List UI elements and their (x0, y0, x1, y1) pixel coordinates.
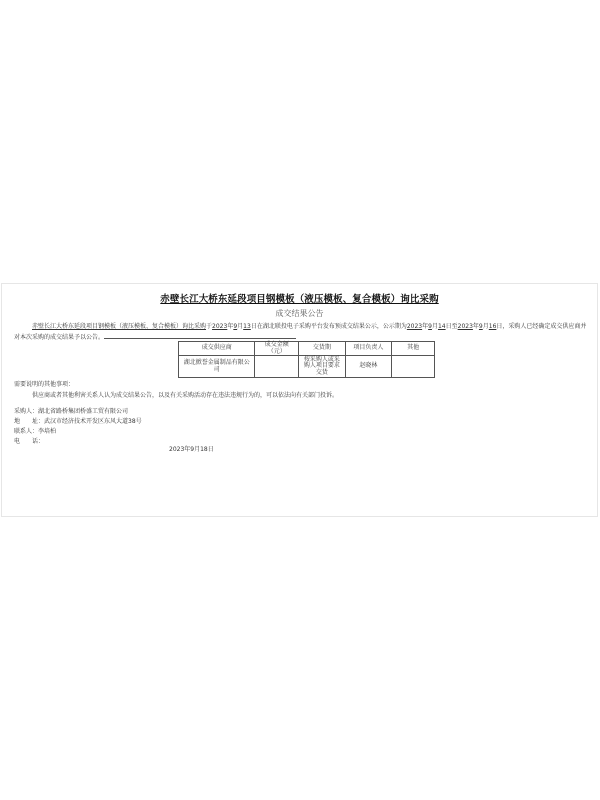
contact-person-value: 李培柏 (38, 428, 56, 435)
intro-paragraph: 赤壁长江大桥东延段项目钢模板（液压模板、复合模板）询比采购于2023年9月13日… (14, 321, 591, 343)
cell-other (392, 356, 435, 378)
address-value: 武汉市经济技术开发区东风大道38号 (44, 418, 142, 425)
notes-body: 供应商或者其他利害关系人认为成交结果公告，以及有关采购活动存在违法违规行为的，可… (14, 390, 338, 401)
publish-year: 2023 (212, 323, 227, 330)
document-subtitle: 成交结果公告 (2, 308, 597, 319)
table-row: 湖北掀誉金属制品有限公司 按采购人或采购人项目要求交货 赵晓林 (179, 356, 435, 378)
notes-heading: 需要说明的其他事项： (14, 379, 338, 390)
header-supplier: 成交供应商 (179, 342, 255, 356)
cell-amount (255, 356, 299, 378)
notes-section: 需要说明的其他事项： 供应商或者其他利害关系人认为成交结果公告，以及有关采购活动… (14, 379, 338, 401)
announcement-document: 赤壁长江大桥东延段项目钢模板（液压模板、复合模板）询比采购 成交结果公告 赤壁长… (1, 283, 598, 517)
document-title: 赤壁长江大桥东延段项目钢模板（液压模板、复合模板）询比采购 (2, 291, 597, 305)
header-delivery: 交货期 (299, 342, 346, 356)
cell-delivery: 按采购人或采购人项目要求交货 (299, 356, 346, 378)
publish-day: 13 (243, 323, 251, 330)
header-amount: 成交金额（元） (255, 342, 299, 356)
contact-section: 采购人：湖北省路桥集团桥盛工贸有限公司 地 址：武汉市经济技术开发区东风大道38… (14, 407, 142, 447)
header-project-lead: 项目负责人 (345, 342, 392, 356)
address-label: 地 址： (14, 418, 44, 425)
phone-label: 电 话： (14, 438, 44, 445)
announcement-date: 2023年9月18日 (169, 444, 214, 453)
start-year: 2023 (407, 323, 422, 330)
intro-text: 日在湖北联投电子采购平台发布预成交结果公示，公示期为 (251, 323, 407, 330)
result-table: 成交供应商 成交金额（元） 交货期 项目负责人 其他 湖北掀誉金属制品有限公司 … (178, 341, 435, 378)
intro-text: 日至 (446, 323, 458, 330)
table-header-row: 成交供应商 成交金额（元） 交货期 项目负责人 其他 (179, 342, 435, 356)
end-year: 2023 (458, 323, 473, 330)
phone-line: 电 话： (14, 437, 142, 447)
purchaser-label: 采购人： (14, 408, 38, 415)
purchaser-line: 采购人：湖北省路桥集团桥盛工贸有限公司 (14, 407, 142, 417)
cell-supplier: 湖北掀誉金属制品有限公司 (179, 356, 255, 378)
project-name: 赤壁长江大桥东延段项目钢模板（液压模板、复合模板）询比采购 (32, 323, 206, 330)
header-other: 其他 (392, 342, 435, 356)
contact-person-label: 联系人： (14, 428, 38, 435)
address-line: 地 址：武汉市经济技术开发区东风大道38号 (14, 417, 142, 427)
contact-person-line: 联系人：李培柏 (14, 427, 142, 437)
start-day: 14 (438, 323, 446, 330)
purchaser-value: 湖北省路桥集团桥盛工贸有限公司 (38, 408, 128, 415)
blank-underline (104, 332, 296, 339)
cell-project-lead: 赵晓林 (345, 356, 392, 378)
